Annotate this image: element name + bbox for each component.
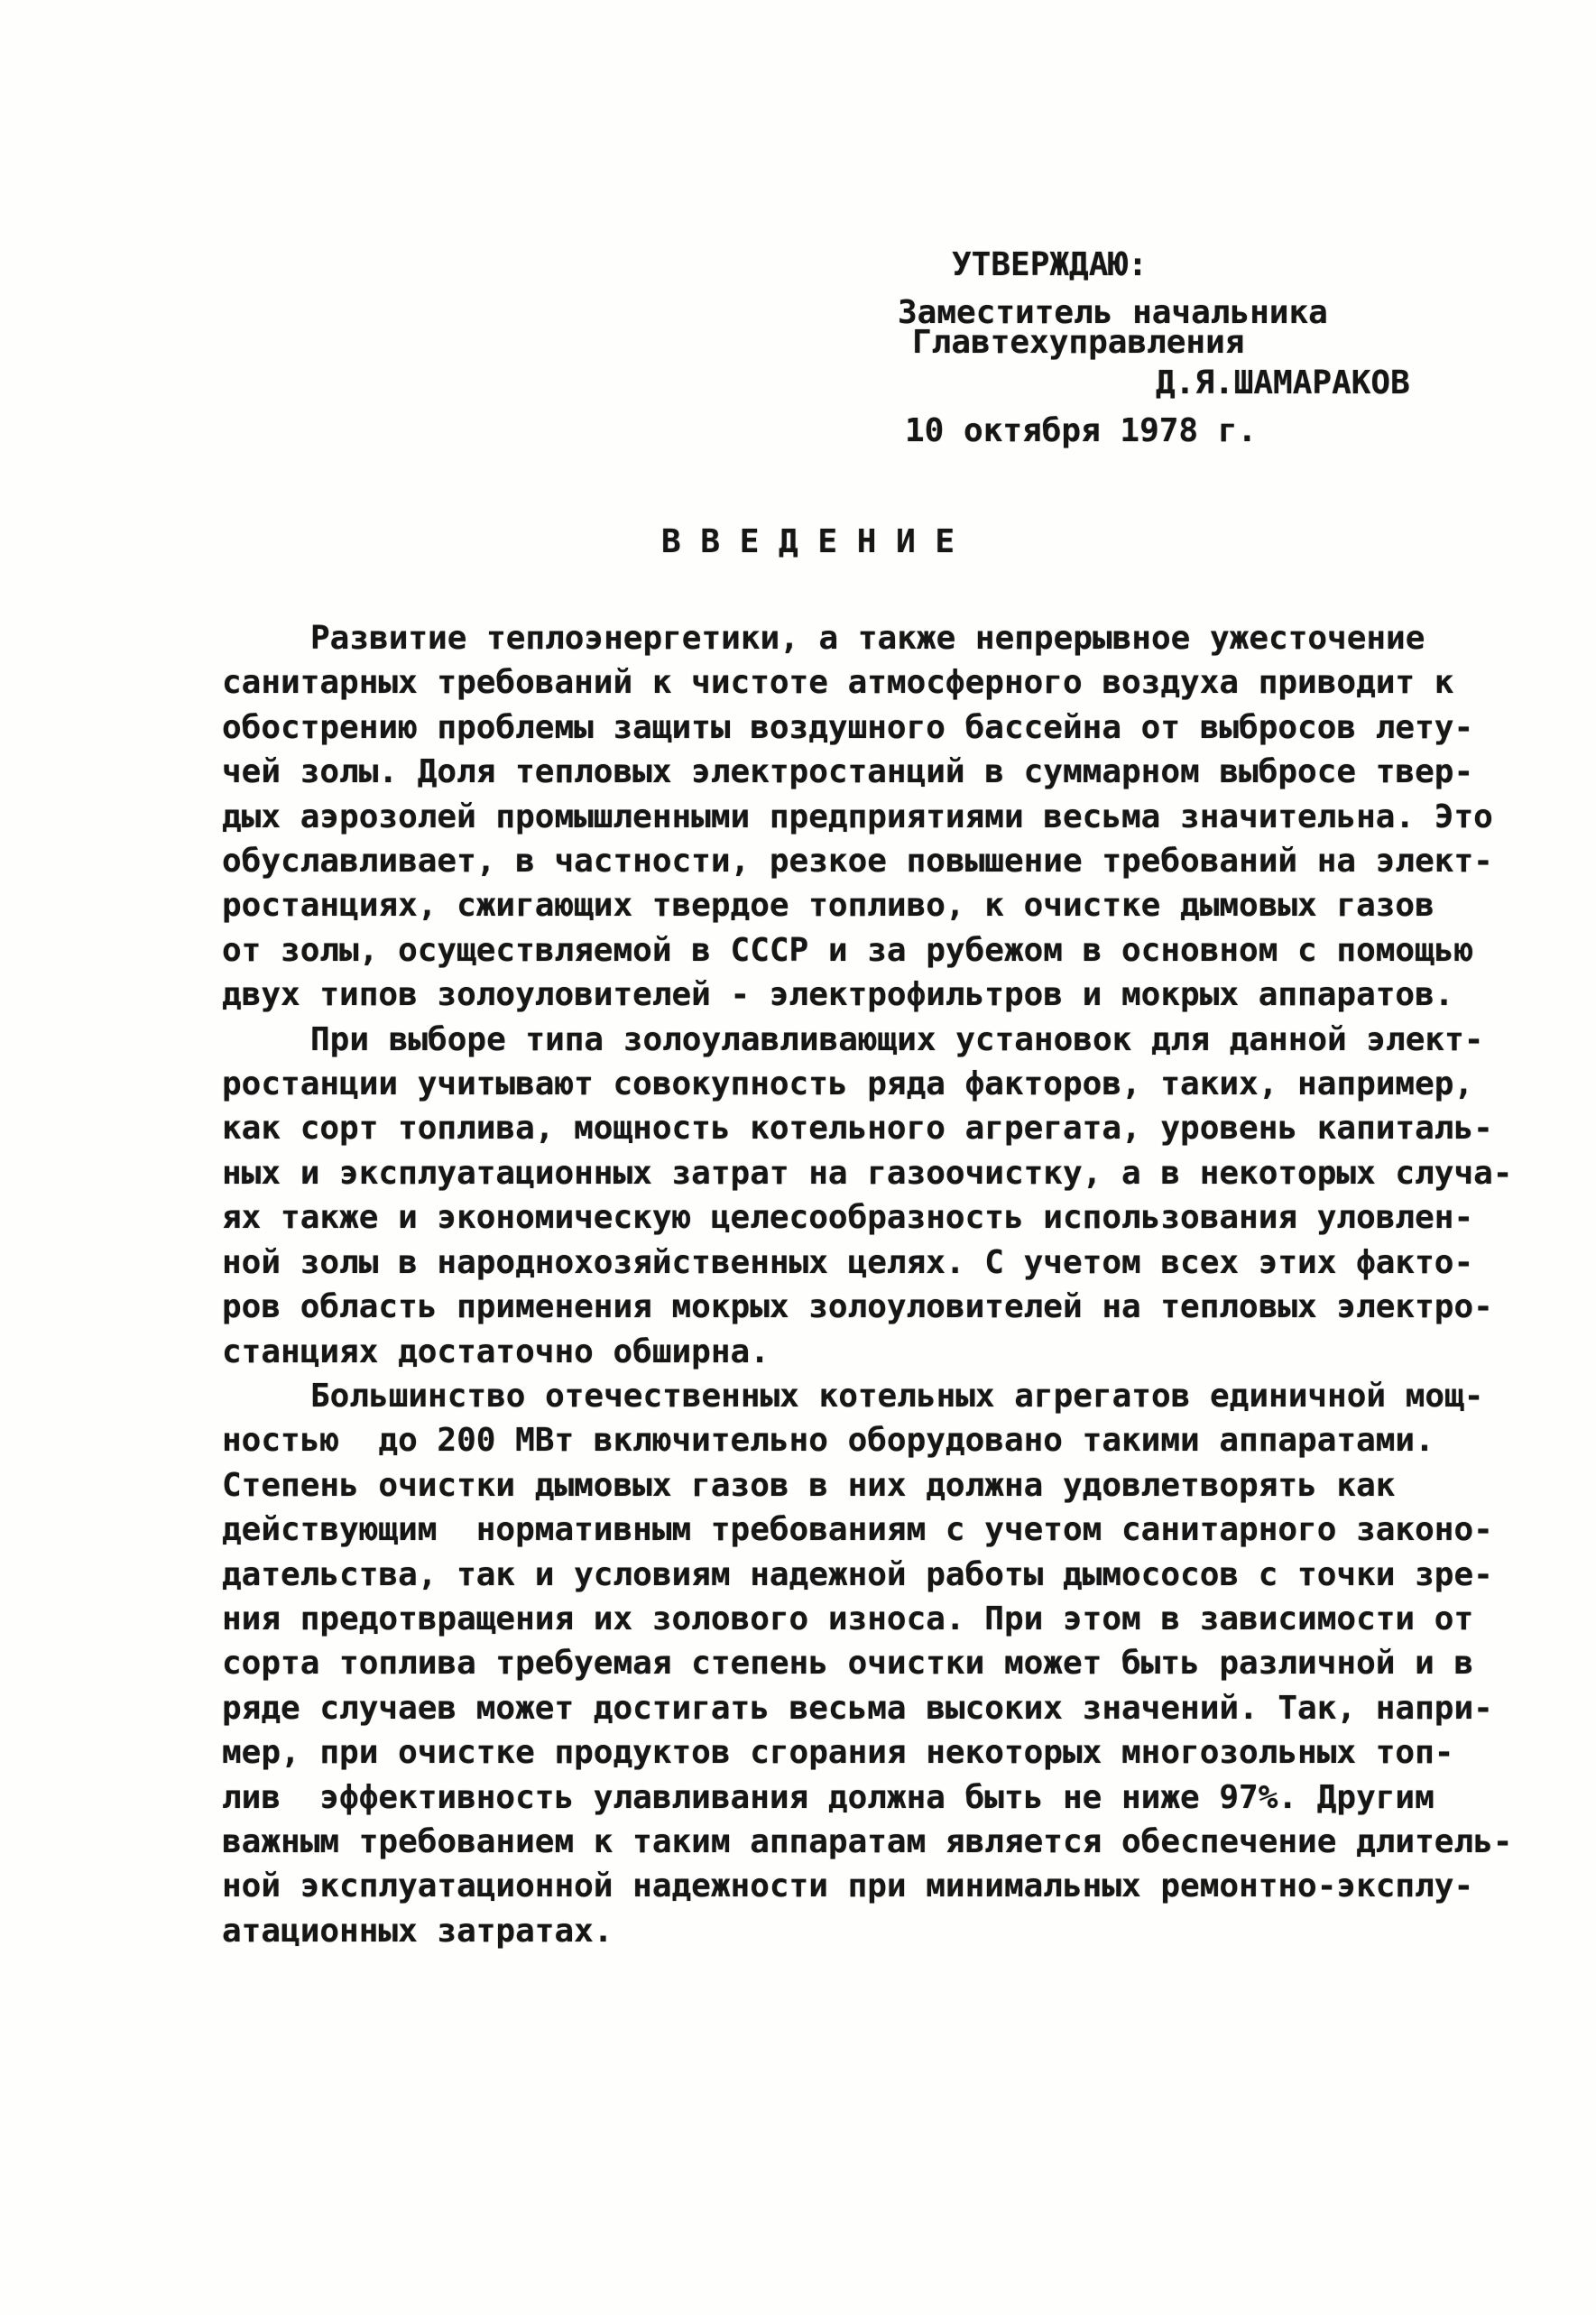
body-line-1: Развитие теплоэнергетики, а также непрер… <box>222 616 1575 660</box>
body-line-27: лив эффективность улавливания должна быт… <box>222 1775 1575 1820</box>
body-line-30: атационных затратах. <box>222 1909 1575 1953</box>
approver-name: Д.Я.ШАМАРАКОВ <box>1156 362 1410 405</box>
body-line-12: как сорт топлива, мощность котельного аг… <box>222 1106 1575 1150</box>
section-title: В В Е Д Е Н И Е <box>661 521 955 564</box>
body-line-22: дательства, так и условиям надежной рабо… <box>222 1553 1575 1597</box>
scanned-document-page: УТВЕРЖДАЮ: Заместитель начальника Главте… <box>0 0 1596 2315</box>
body-line-14: ях также и экономическую целесообразност… <box>222 1195 1575 1240</box>
body-line-8: от золы, осуществляемой в СССР и за рубе… <box>222 928 1575 973</box>
approval-date: 10 октября 1978 г. <box>905 410 1410 453</box>
body-line-9: двух типов золоуловителей - электрофильт… <box>222 973 1575 1017</box>
body-line-16: ров область применения мокрых золоуловит… <box>222 1285 1575 1329</box>
body-line-13: ных и эксплуатационных затрат на газоочи… <box>222 1151 1575 1195</box>
approve-stamp-label: УТВЕРЖДАЮ: <box>952 244 1410 287</box>
body-line-15: ной золы в народнохозяйственных целях. С… <box>222 1241 1575 1285</box>
body-line-26: мер, при очистке продуктов сгорания неко… <box>222 1730 1575 1775</box>
body-line-10: При выборе типа золоулавливающих установ… <box>222 1018 1575 1062</box>
body-line-17: станциях достаточно обширна. <box>222 1330 1575 1374</box>
body-line-5: дых аэрозолей промышленными предприятиям… <box>222 795 1575 839</box>
body-line-7: ростанциях, сжигающих твердое топливо, к… <box>222 883 1575 927</box>
body-line-2: санитарных требований к чистоте атмосфер… <box>222 660 1575 705</box>
body-line-23: ния предотвращения их золового износа. П… <box>222 1597 1575 1641</box>
approver-position-line-2: Главтехуправления <box>912 321 1410 364</box>
body-line-24: сорта топлива требуемая степень очистки … <box>222 1641 1575 1685</box>
body-line-4: чей золы. Доля тепловых электростанций в… <box>222 750 1575 794</box>
body-text: Развитие теплоэнергетики, а также непрер… <box>222 616 1575 1953</box>
body-line-18: Большинство отечественных котельных агре… <box>222 1374 1575 1418</box>
body-line-6: обуславливает, в частности, резкое повыш… <box>222 839 1575 883</box>
body-line-21: действующим нормативным требованиям с уч… <box>222 1508 1575 1552</box>
body-line-25: ряде случаев может достигать весьма высо… <box>222 1686 1575 1730</box>
body-line-20: Степень очистки дымовых газов в них долж… <box>222 1463 1575 1508</box>
body-line-28: важным требованием к таким аппаратам явл… <box>222 1820 1575 1864</box>
body-line-11: ростанции учитывают совокупность ряда фа… <box>222 1062 1575 1106</box>
body-line-29: ной эксплуатационной надежности при мини… <box>222 1864 1575 1908</box>
body-line-19: ностью до 200 МВт включительно оборудова… <box>222 1418 1575 1462</box>
approval-block: УТВЕРЖДАЮ: Заместитель начальника Главте… <box>889 244 1410 453</box>
body-line-3: обострению проблемы защиты воздушного ба… <box>222 706 1575 750</box>
